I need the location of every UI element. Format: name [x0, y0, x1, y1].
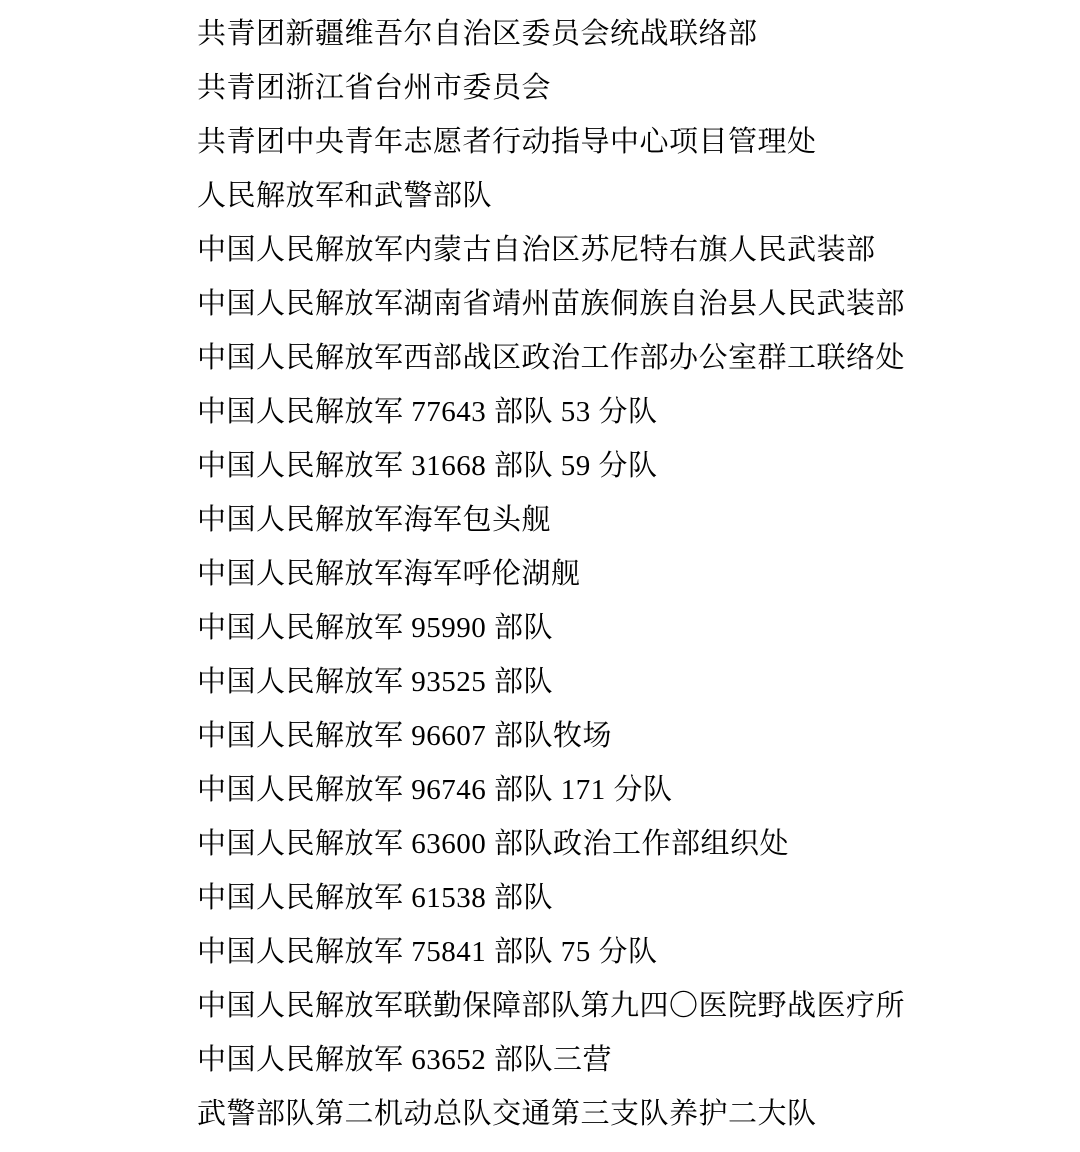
list-item: 中国人民解放军海军包头舰: [197, 493, 1040, 547]
list-item: 中国人民解放军湖南省靖州苗族侗族自治县人民武装部: [197, 277, 1040, 331]
list-item: 人民解放军和武警部队: [197, 169, 1040, 223]
list-item: 中国人民解放军 75841 部队 75 分队: [197, 925, 1040, 979]
list-item: 中国人民解放军西部战区政治工作部办公室群工联络处: [197, 331, 1040, 385]
list-item: 中国人民解放军 96607 部队牧场: [197, 709, 1040, 763]
list-item: 中国人民解放军 95990 部队: [197, 601, 1040, 655]
list-item: 中国人民解放军内蒙古自治区苏尼特右旗人民武装部: [197, 223, 1040, 277]
list-item: 中国人民解放军联勤保障部队第九四〇医院野战医疗所: [197, 979, 1040, 1033]
list-item: 共青团新疆维吾尔自治区委员会统战联络部: [197, 7, 1040, 61]
list-item: 中国人民解放军 77643 部队 53 分队: [197, 385, 1040, 439]
list-item: 共青团中央青年志愿者行动指导中心项目管理处: [197, 115, 1040, 169]
org-name-list: 共青团新疆维吾尔自治区委员会统战联络部共青团浙江省台州市委员会共青团中央青年志愿…: [197, 7, 1040, 1141]
list-item: 共青团浙江省台州市委员会: [197, 61, 1040, 115]
list-item: 中国人民解放军 61538 部队: [197, 871, 1040, 925]
list-item: 武警部队第二机动总队交通第三支队养护二大队: [197, 1087, 1040, 1141]
document-page: 共青团新疆维吾尔自治区委员会统战联络部共青团浙江省台州市委员会共青团中央青年志愿…: [0, 0, 1080, 1152]
list-item: 中国人民解放军 31668 部队 59 分队: [197, 439, 1040, 493]
list-item: 中国人民解放军 96746 部队 171 分队: [197, 763, 1040, 817]
list-item: 中国人民解放军 93525 部队: [197, 655, 1040, 709]
list-item: 中国人民解放军海军呼伦湖舰: [197, 547, 1040, 601]
list-item: 中国人民解放军 63600 部队政治工作部组织处: [197, 817, 1040, 871]
list-item: 中国人民解放军 63652 部队三营: [197, 1033, 1040, 1087]
